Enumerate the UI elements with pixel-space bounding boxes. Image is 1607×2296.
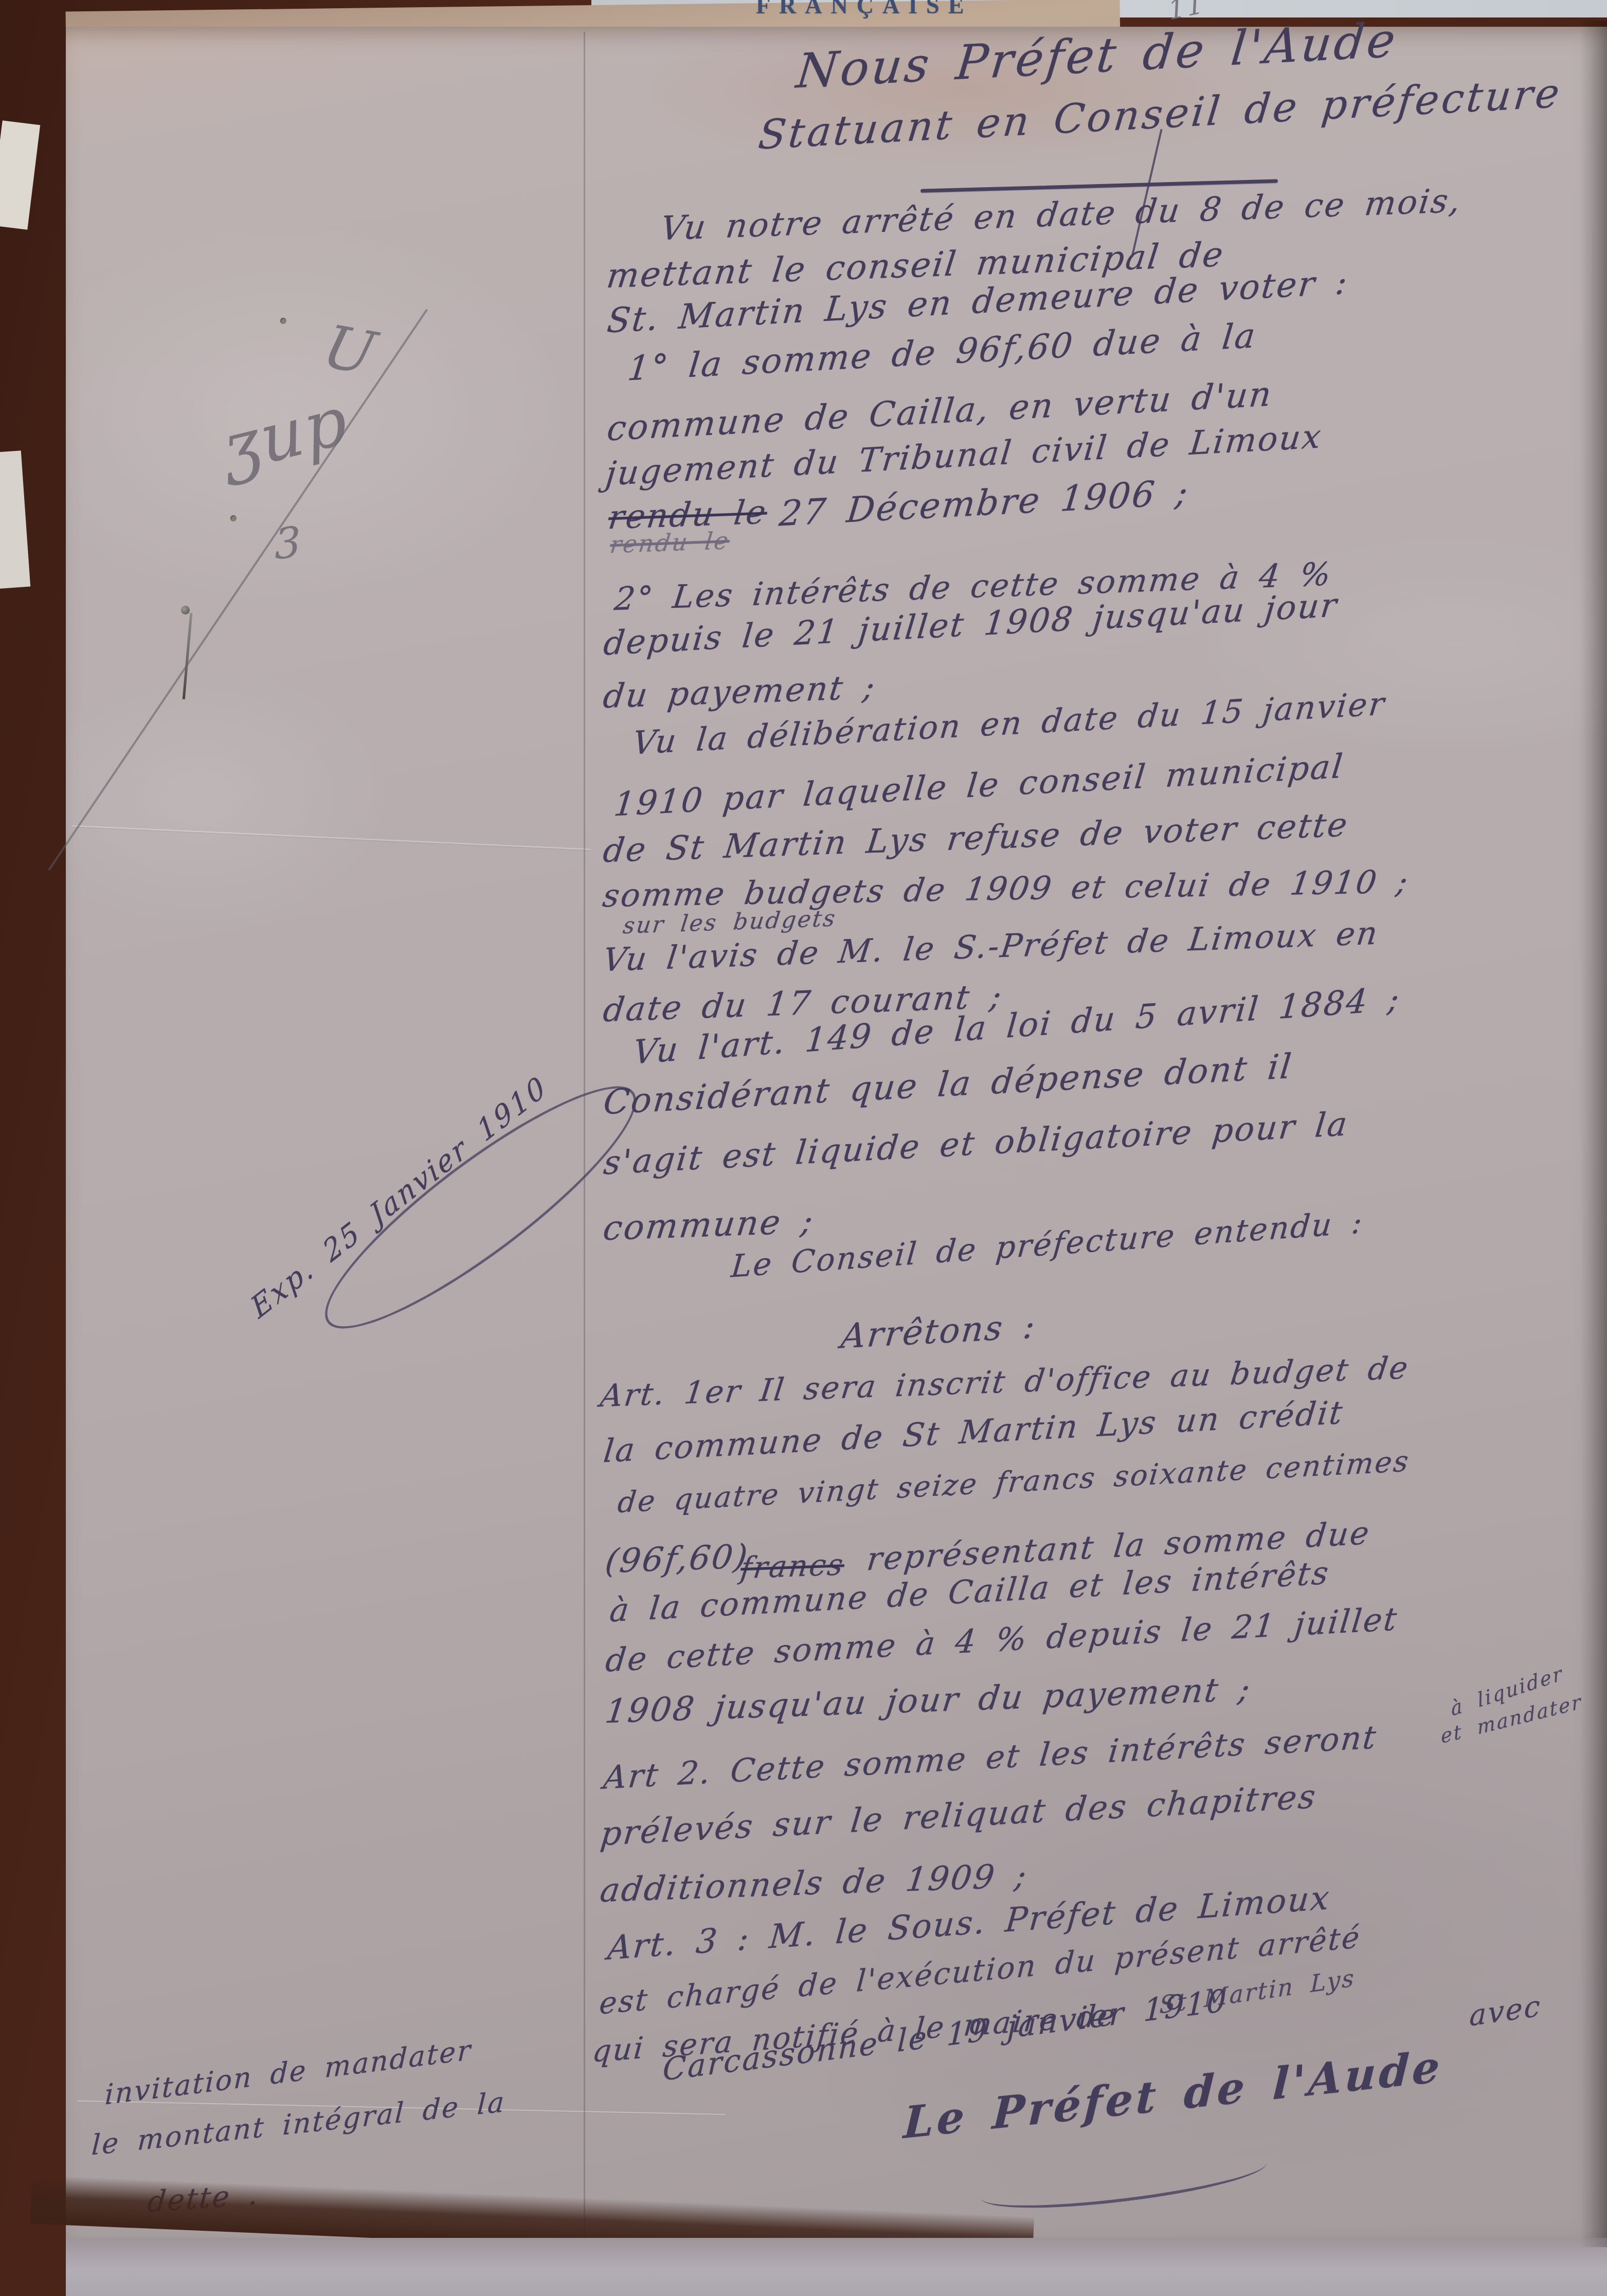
expedition-note: Exp. 25 Janvier 1910: [246, 1069, 553, 1326]
sheet-below-bottom-edge: [66, 2238, 1607, 2296]
body-line: 27 Décembre 1906 ;: [778, 472, 1191, 534]
scanned-document-photo: FRANÇAISE11Nous Préfet de l'AudeStatuant…: [0, 0, 1607, 2296]
body-line: du payement ;: [601, 668, 878, 716]
pencil-number: 3: [274, 517, 303, 569]
struck-words: rendu le: [608, 527, 731, 558]
right-edge-shadow: [1580, 21, 1607, 2247]
body-line: (96f,60): [603, 1538, 751, 1581]
printed-letterhead-fragment: FRANÇAISE: [756, 0, 972, 19]
body-line: Arrêtons :: [839, 1306, 1038, 1356]
body-line: avec: [1469, 1989, 1542, 2033]
body-line: somme budgets de 1909 et celui de 1910 ;: [601, 863, 1412, 915]
body-line: additionnels de 1909 ;: [598, 1857, 1030, 1910]
pencil-scribble: ʒup: [216, 381, 354, 489]
signature: Le Préfet de l'Aude: [902, 2040, 1444, 2148]
body-line: Vu notre arrêté en date du 8 de ce mois,: [659, 182, 1464, 248]
body-line: s'agit est liquide et obligatoire pour l…: [602, 1105, 1350, 1182]
body-line: commune ;: [601, 1201, 816, 1249]
body-line: 1908 jusqu'au jour du payement ;: [603, 1670, 1254, 1731]
text-layer: FRANÇAISE11Nous Préfet de l'AudeStatuant…: [0, 0, 1607, 2296]
pencil-mark: U: [317, 313, 384, 389]
body-line: Le Conseil de préfecture entendu :: [730, 1204, 1365, 1285]
